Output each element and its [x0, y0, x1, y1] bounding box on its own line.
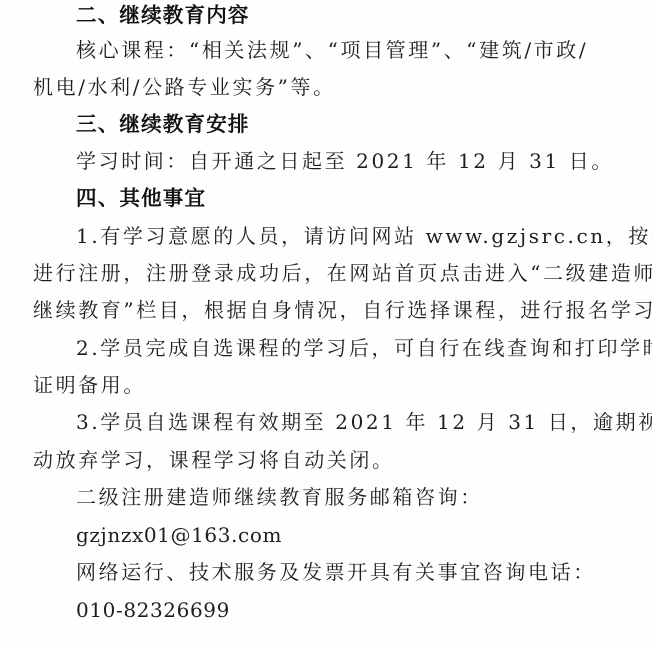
email-label: 二级注册建造师继续教育服务邮箱咨询：	[76, 483, 483, 511]
item-2-line-2: 证明备用。	[33, 371, 146, 399]
document-page: 二、继续教育内容 核心课程：“相关法规”、“项目管理”、“建筑/市政/ 机电/水…	[0, 0, 652, 648]
email-address: gzjnzx01@163.com	[76, 521, 282, 549]
section-heading-arrangement: 三、继续教育安排	[76, 110, 250, 138]
section-heading-content: 二、继续教育内容	[76, 1, 250, 29]
core-courses-line-2: 机电/水利/公路专业实务”等。	[33, 73, 336, 101]
item-2-line-1: 2.学员完成自选课程的学习后，可自行在线查询和打印学时	[76, 334, 652, 362]
phone-number: 010-82326699	[76, 596, 230, 624]
core-courses-line-1: 核心课程：“相关法规”、“项目管理”、“建筑/市政/	[76, 36, 588, 64]
item-3-line-1: 3.学员自选课程有效期至 2021 年 12 月 31 日，逾期视为自	[76, 408, 652, 436]
section-heading-other: 四、其他事宜	[76, 184, 206, 212]
item-3-line-2: 动放弃学习，课程学习将自动关闭。	[33, 446, 395, 474]
item-1-line-1: 1.有学习意愿的人员，请访问网站 www.gzjsrc.cn，按提示	[76, 222, 652, 250]
item-1-line-2: 进行注册，注册登录成功后，在网站首页点击进入“二级建造师	[33, 259, 652, 287]
item-1-line-3: 继续教育”栏目，根据自身情况，自行选择课程，进行报名学习。	[33, 296, 652, 324]
phone-label: 网络运行、技术服务及发票开具有关事宜咨询电话：	[76, 558, 596, 586]
study-time-line: 学习时间：自开通之日起至 2021 年 12 月 31 日。	[76, 147, 614, 175]
